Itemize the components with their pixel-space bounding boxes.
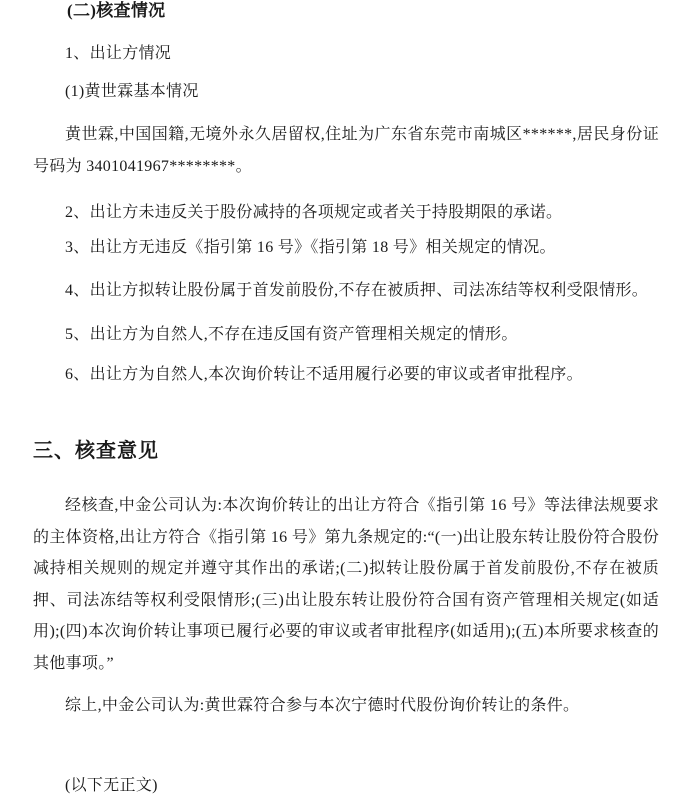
list-item: 2、出让方未违反关于股份减持的各项规定或者关于持股期限的承诺。 [33, 197, 659, 229]
document-page: (二)核查情况 1、出让方情况 (1)黄世霖基本情况 黄世霖,中国国籍,无境外永… [0, 0, 692, 797]
item1-heading: 1、出让方情况 [33, 38, 659, 70]
section-heading: 三、核查意见 [33, 436, 659, 468]
list-item: 5、出让方为自然人,不存在违反国有资产管理相关规定的情形。 [33, 319, 659, 351]
subsection-heading: (二)核查情况 [33, 0, 659, 22]
basic-info-paragraph: 黄世霖,中国国籍,无境外永久居留权,住址为广东省东莞市南城区******,居民身… [33, 119, 659, 182]
footer-note: (以下无正文) [33, 770, 659, 797]
sub-item-heading: (1)黄世霖基本情况 [33, 76, 659, 108]
list-item: 6、出让方为自然人,本次询价转让不适用履行必要的审议或者审批程序。 [33, 359, 659, 391]
conclusion-paragraph: 综上,中金公司认为:黄世霖符合参与本次宁德时代股份询价转让的条件。 [33, 690, 659, 722]
list-item: 4、出让方拟转让股份属于首发前股份,不存在被质押、司法冻结等权利受限情形。 [33, 275, 659, 307]
opinion-paragraph: 经核查,中金公司认为:本次询价转让的出让方符合《指引第 16 号》等法律法规要求… [33, 490, 659, 679]
list-item: 3、出让方无违反《指引第 16 号》《指引第 18 号》相关规定的情况。 [33, 232, 659, 264]
